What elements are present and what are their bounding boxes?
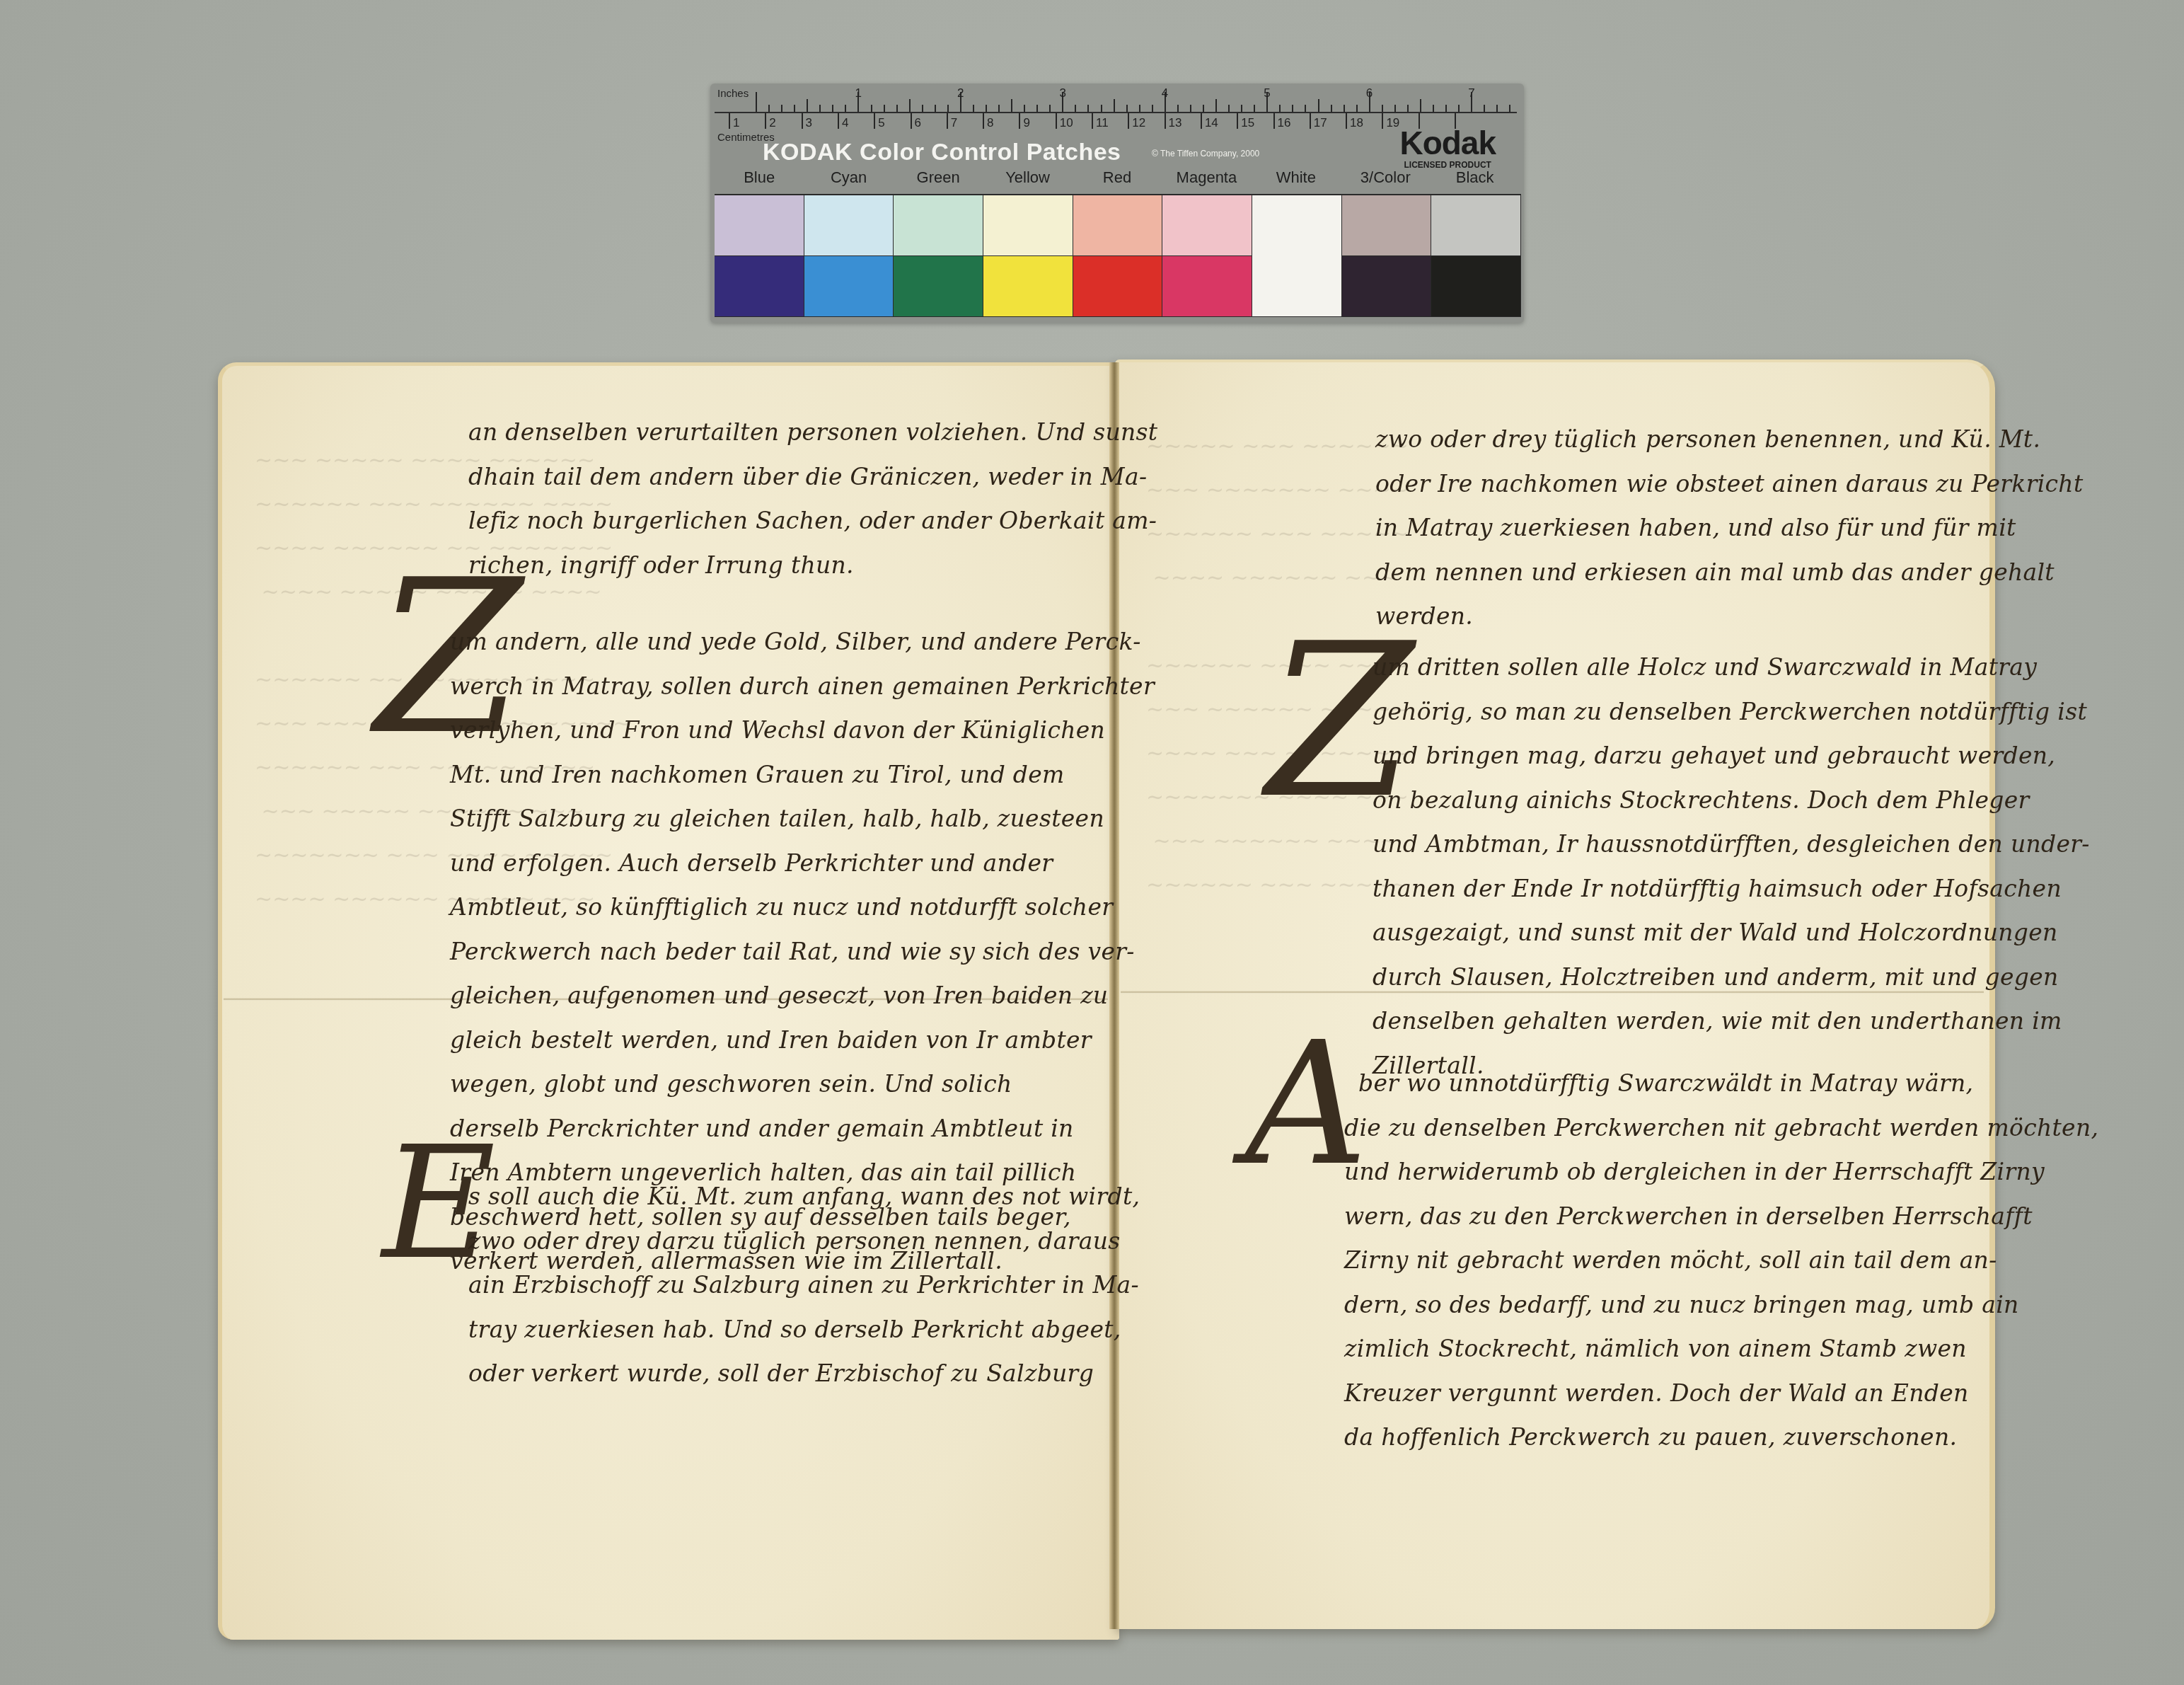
text-line: tray zuerkiesen hab. Und so derselb Perk… <box>468 1308 1140 1352</box>
ruler-tick <box>781 105 782 112</box>
centimetre-ruler: 12345678910111213141516171819 <box>715 113 1517 130</box>
cm-number: 8 <box>987 116 993 130</box>
color-patch <box>715 195 804 256</box>
color-patch <box>1252 195 1342 317</box>
ruler-tick <box>1024 105 1025 112</box>
cm-number: 17 <box>1314 116 1327 130</box>
text-line: zimlich Stockrecht, nämlich von ainem St… <box>1344 1327 2098 1371</box>
cm-number: 9 <box>1023 116 1029 130</box>
patch-label: Magenta <box>1162 168 1251 192</box>
ruler-tick <box>1165 113 1166 129</box>
ruler-tick <box>768 105 770 112</box>
ruler-tick <box>947 113 948 129</box>
color-patches-grid <box>715 194 1521 317</box>
ruler-tick <box>756 92 757 112</box>
ruler-tick <box>802 113 803 129</box>
text-line: um dritten sollen alle Holcz und Swarczw… <box>1373 645 2090 690</box>
text-line: durch Slausen, Holcztreiben und anderm, … <box>1373 955 2090 1000</box>
ruler-tick <box>1203 105 1204 112</box>
ruler-tick <box>871 105 872 112</box>
text-line: Mt. und Iren nachkomen Grauen zu Tirol, … <box>450 753 1155 798</box>
ruler-tick <box>1445 105 1447 112</box>
ruler-tick <box>1190 105 1191 112</box>
ruler-tick <box>909 99 911 112</box>
ruler-tick <box>819 105 821 112</box>
ruler-tick <box>1019 113 1020 129</box>
text-line: richen, ingriff oder Irrung thun. <box>468 544 1157 588</box>
ruler-tick <box>1496 105 1498 112</box>
text-line: gehörig, so man zu denselben Perckwerche… <box>1373 690 2090 735</box>
inch-number: 6 <box>1366 86 1373 100</box>
text-line: ber wo unnotdürfftig Swarczwäldt in Matr… <box>1358 1062 2098 1106</box>
ruler-tick <box>1011 99 1012 112</box>
ruler-tick <box>947 105 949 112</box>
cm-number: 1 <box>733 116 739 130</box>
color-patch <box>1431 256 1521 317</box>
ruler-tick <box>1056 113 1057 129</box>
text-line: und herwiderumb ob dergleichen in der He… <box>1344 1150 2098 1195</box>
ruler-tick <box>1273 113 1275 129</box>
ruler-tick <box>1139 105 1140 112</box>
ruler-tick <box>1201 113 1202 129</box>
ruler-tick <box>1049 105 1051 112</box>
ruler-tick <box>1509 105 1510 112</box>
text-line: ausgezaigt, und sunst mit der Wald und H… <box>1373 911 2090 955</box>
ruler-tick <box>986 105 987 112</box>
ruler-tick <box>922 105 923 112</box>
ruler-tick <box>1344 105 1345 112</box>
ruler-tick <box>1241 105 1242 112</box>
cm-number: 4 <box>842 116 848 130</box>
color-patch <box>983 256 1073 317</box>
ruler-tick <box>1310 113 1311 129</box>
cm-number: 12 <box>1132 116 1145 130</box>
color-patch <box>1162 195 1252 256</box>
paragraph: ber wo unnotdürfftig Swarczwäldt in Matr… <box>1344 1062 2098 1460</box>
ruler-tick <box>1420 99 1421 112</box>
ruler-tick <box>1237 113 1238 129</box>
ruler-tick <box>1346 113 1347 129</box>
patch-label: Green <box>894 168 983 192</box>
cm-number: 3 <box>806 116 812 130</box>
inch-number: 7 <box>1468 86 1474 100</box>
ruler-tick <box>1318 99 1319 112</box>
text-line: wern, das zu den Perckwerchen in derselb… <box>1344 1195 2098 1239</box>
ruler-tick <box>845 105 846 112</box>
text-line: an denselben verurtailten personen volzi… <box>468 410 1157 455</box>
cm-number: 11 <box>1096 116 1109 130</box>
inch-ruler: Inches 12345678 <box>715 86 1517 113</box>
cm-number: 7 <box>951 116 957 130</box>
ruler-tick <box>1254 105 1255 112</box>
color-patch <box>1073 195 1163 256</box>
inches-label: Inches <box>717 88 749 100</box>
ruler-tick <box>1484 105 1485 112</box>
patch-label: 3/Color <box>1341 168 1430 192</box>
ruler-tick <box>1292 105 1293 112</box>
cm-number: 15 <box>1241 116 1254 130</box>
ruler-tick <box>832 105 833 112</box>
ruler-tick <box>1114 99 1115 112</box>
patch-label: Blue <box>715 168 804 192</box>
ruler-tick <box>1407 105 1409 112</box>
text-line: Perckwerch nach beder tail Rat, und wie … <box>450 930 1155 974</box>
ruler-tick <box>884 105 885 112</box>
text-line: um andern, alle und yede Gold, Silber, u… <box>450 620 1155 665</box>
ruler-tick <box>1394 105 1396 112</box>
ruler-tick <box>911 113 912 129</box>
inch-number: 5 <box>1264 86 1270 100</box>
cm-number: 10 <box>1060 116 1073 130</box>
text-line: lefiz noch burgerlichen Sachen, oder and… <box>468 499 1157 544</box>
text-line: Stifft Salzburg zu gleichen tailen, halb… <box>450 797 1155 841</box>
ruler-tick <box>729 113 730 129</box>
cm-number: 13 <box>1169 116 1182 130</box>
paragraph: an denselben verurtailten personen volzi… <box>468 410 1157 587</box>
ruler-tick <box>1087 105 1089 112</box>
ruler-tick <box>998 105 1000 112</box>
ruler-tick <box>1177 105 1179 112</box>
text-line: thanen der Ende Ir notdürfftig haimsuch … <box>1373 867 2090 911</box>
ruler-tick <box>838 113 839 129</box>
inch-number: 2 <box>957 86 964 100</box>
patch-label: Cyan <box>804 168 893 192</box>
ruler-tick <box>1128 113 1129 129</box>
ruler-tick <box>1228 105 1230 112</box>
ruler-tick <box>1382 113 1383 129</box>
paragraph: um dritten sollen alle Holcz und Swarczw… <box>1373 645 2090 1088</box>
text-line: derselb Perckrichter und ander gemain Am… <box>450 1107 1155 1151</box>
text-line: die zu denselben Perckwerchen nit gebrac… <box>1344 1106 2098 1151</box>
text-line: denselben gehalten werden, wie mit den u… <box>1373 999 2090 1044</box>
color-patch <box>894 256 983 317</box>
color-patch <box>1342 256 1432 317</box>
ruler-tick <box>1101 105 1102 112</box>
ruler-tick <box>807 99 808 112</box>
color-patch <box>1431 195 1521 256</box>
inch-number: 4 <box>1162 86 1168 100</box>
text-line: und erfolgen. Auch derselb Perkrichter u… <box>450 841 1155 886</box>
ruler-tick <box>1152 105 1153 112</box>
text-line: dern, so des bedarff, und zu nucz bringe… <box>1344 1283 2098 1328</box>
ruler-tick <box>1305 105 1306 112</box>
kodak-color-target: Inches 12345678 123456789101112131415161… <box>710 84 1524 323</box>
text-line: ain Erzbischoff zu Salzburg ainen zu Per… <box>468 1263 1140 1308</box>
text-line: und Ambtman, Ir haussnotdürfften, desgle… <box>1373 822 2090 867</box>
copyright-text: © The Tiffen Company, 2000 <box>1152 149 1259 159</box>
text-line: zwo oder drey tüglich personen benennen,… <box>1375 418 2083 462</box>
cm-number: 2 <box>769 116 775 130</box>
text-line: dem nennen und erkiesen ain mal umb das … <box>1375 551 2083 595</box>
text-line: verlyhen, und Fron und Wechsl davon der … <box>450 708 1155 753</box>
color-patch <box>1073 256 1163 317</box>
color-patch <box>715 256 804 317</box>
color-patch <box>983 195 1073 256</box>
ruler-tick <box>1279 105 1281 112</box>
ruler-tick <box>983 113 984 129</box>
text-line: in Matray zuerkiesen haben, und also für… <box>1375 506 2083 551</box>
ruler-tick <box>1126 105 1128 112</box>
patch-label: Yellow <box>983 168 1072 192</box>
text-line: gleich bestelt werden, und Iren baiden v… <box>450 1018 1155 1063</box>
brand-name: Kodak <box>1399 126 1496 160</box>
patch-labels: Blue Cyan Green Yellow Red Magenta White… <box>715 168 1520 192</box>
text-line: s soll auch die Kü. Mt. zum anfang, wann… <box>468 1175 1140 1219</box>
ruler-tick <box>1382 105 1383 112</box>
cm-number: 19 <box>1386 116 1399 130</box>
ruler-tick <box>1092 113 1093 129</box>
color-patch <box>1342 195 1432 256</box>
color-patch <box>894 195 983 256</box>
patch-label: White <box>1252 168 1341 192</box>
cm-number: 6 <box>915 116 921 130</box>
ruler-tick <box>973 105 974 112</box>
inch-number: 1 <box>855 86 861 100</box>
cm-number: 16 <box>1278 116 1291 130</box>
ruler-tick <box>874 113 875 129</box>
text-line: Zirny nit gebracht werden möcht, soll ai… <box>1344 1238 2098 1283</box>
cm-number: 14 <box>1205 116 1218 130</box>
ruler-tick <box>1215 99 1217 112</box>
text-line: werden. <box>1375 594 2083 639</box>
ruler-tick <box>1075 105 1076 112</box>
color-patch <box>804 256 894 317</box>
ruler-tick <box>1356 105 1358 112</box>
ruler-tick <box>1458 105 1460 112</box>
color-patch <box>804 195 894 256</box>
paragraph: zwo oder drey tüglich personen benennen,… <box>1375 418 2083 639</box>
text-line: da hoffenlich Perckwerch zu pauen, zuver… <box>1344 1415 2098 1460</box>
text-line: on bezalung ainichs Stockrechtens. Doch … <box>1373 778 2090 823</box>
ruler-tick <box>1036 105 1038 112</box>
paragraph: s soll auch die Kü. Mt. zum anfang, wann… <box>468 1175 1140 1396</box>
ruler-tick <box>935 105 936 112</box>
text-line: wegen, globt und geschworen sein. Und so… <box>450 1062 1155 1107</box>
text-line: zwo oder drey darzu tüglich personen nen… <box>468 1219 1140 1264</box>
text-line: gleichen, aufgenomen und geseczt, von Ir… <box>450 974 1155 1018</box>
cm-number: 5 <box>878 116 884 130</box>
cm-number: 18 <box>1350 116 1363 130</box>
ruler-tick <box>794 105 795 112</box>
text-line: werch in Matray, sollen durch ainen gema… <box>450 665 1155 709</box>
text-line: und bringen mag, darzu gehayet und gebra… <box>1373 734 2090 778</box>
text-line: Kreuzer vergunnt werden. Doch der Wald a… <box>1344 1371 2098 1416</box>
patch-label: Red <box>1073 168 1162 192</box>
ruler-tick <box>1331 105 1332 112</box>
kodak-logo: Kodak LICENSED PRODUCT <box>1399 126 1496 170</box>
color-patch <box>1162 256 1252 317</box>
text-line: Ambtleut, so künfftiglich zu nucz und no… <box>450 885 1155 930</box>
ruler-tick <box>1433 105 1434 112</box>
patch-label: Black <box>1431 168 1520 192</box>
color-target-title: KODAK Color Control Patches <box>763 139 1121 166</box>
text-line: oder verkert wurde, soll der Erzbischof … <box>468 1352 1140 1396</box>
text-line: dhain tail dem andern über die Gräniczen… <box>468 455 1157 500</box>
text-line: oder Ire nachkomen wie obsteet ainen dar… <box>1375 462 2083 507</box>
ruler-tick <box>765 113 766 129</box>
inch-number: 3 <box>1059 86 1065 100</box>
ruler-tick <box>896 105 898 112</box>
